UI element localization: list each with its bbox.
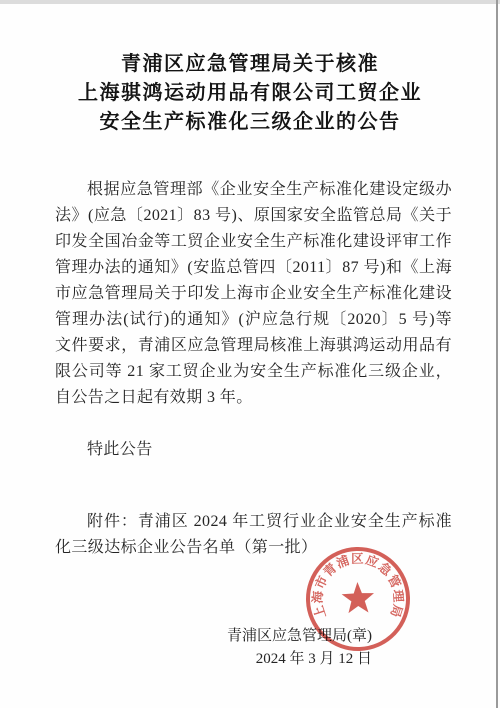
main-paragraph: 根据应急管理部《企业安全生产标准化建设定级办法》(应急〔2021〕83 号)、原… [55, 177, 452, 411]
document-body: 根据应急管理部《企业安全生产标准化建设定级办法》(应急〔2021〕83 号)、原… [0, 177, 500, 671]
closing-line: 特此公告 [55, 437, 452, 463]
title-line-3: 安全生产标准化三级企业的公告 [0, 108, 500, 137]
date-line: 2024 年 3 月 12 日 [55, 648, 372, 671]
scanned-announcement-page: 青浦区应急管理局关于核准 上海骐鸿运动用品有限公司工贸企业 安全生产标准化三级企… [0, 0, 500, 708]
scan-artifact-right-line [496, 0, 498, 708]
signature-block: 青浦区应急管理局(章) 2024 年 3 月 12 日 [55, 625, 452, 671]
attachment-line: 附件：青浦区 2024 年工贸行业企业安全生产标准化三级达标企业公告名单（第一批… [55, 509, 452, 561]
scan-artifact-top-bar [0, 0, 500, 4]
title-line-2: 上海骐鸿运动用品有限公司工贸企业 [0, 79, 500, 108]
document-title: 青浦区应急管理局关于核准 上海骐鸿运动用品有限公司工贸企业 安全生产标准化三级企… [0, 0, 500, 137]
issuer-line: 青浦区应急管理局(章) [55, 625, 372, 648]
title-line-1: 青浦区应急管理局关于核准 [0, 50, 500, 79]
